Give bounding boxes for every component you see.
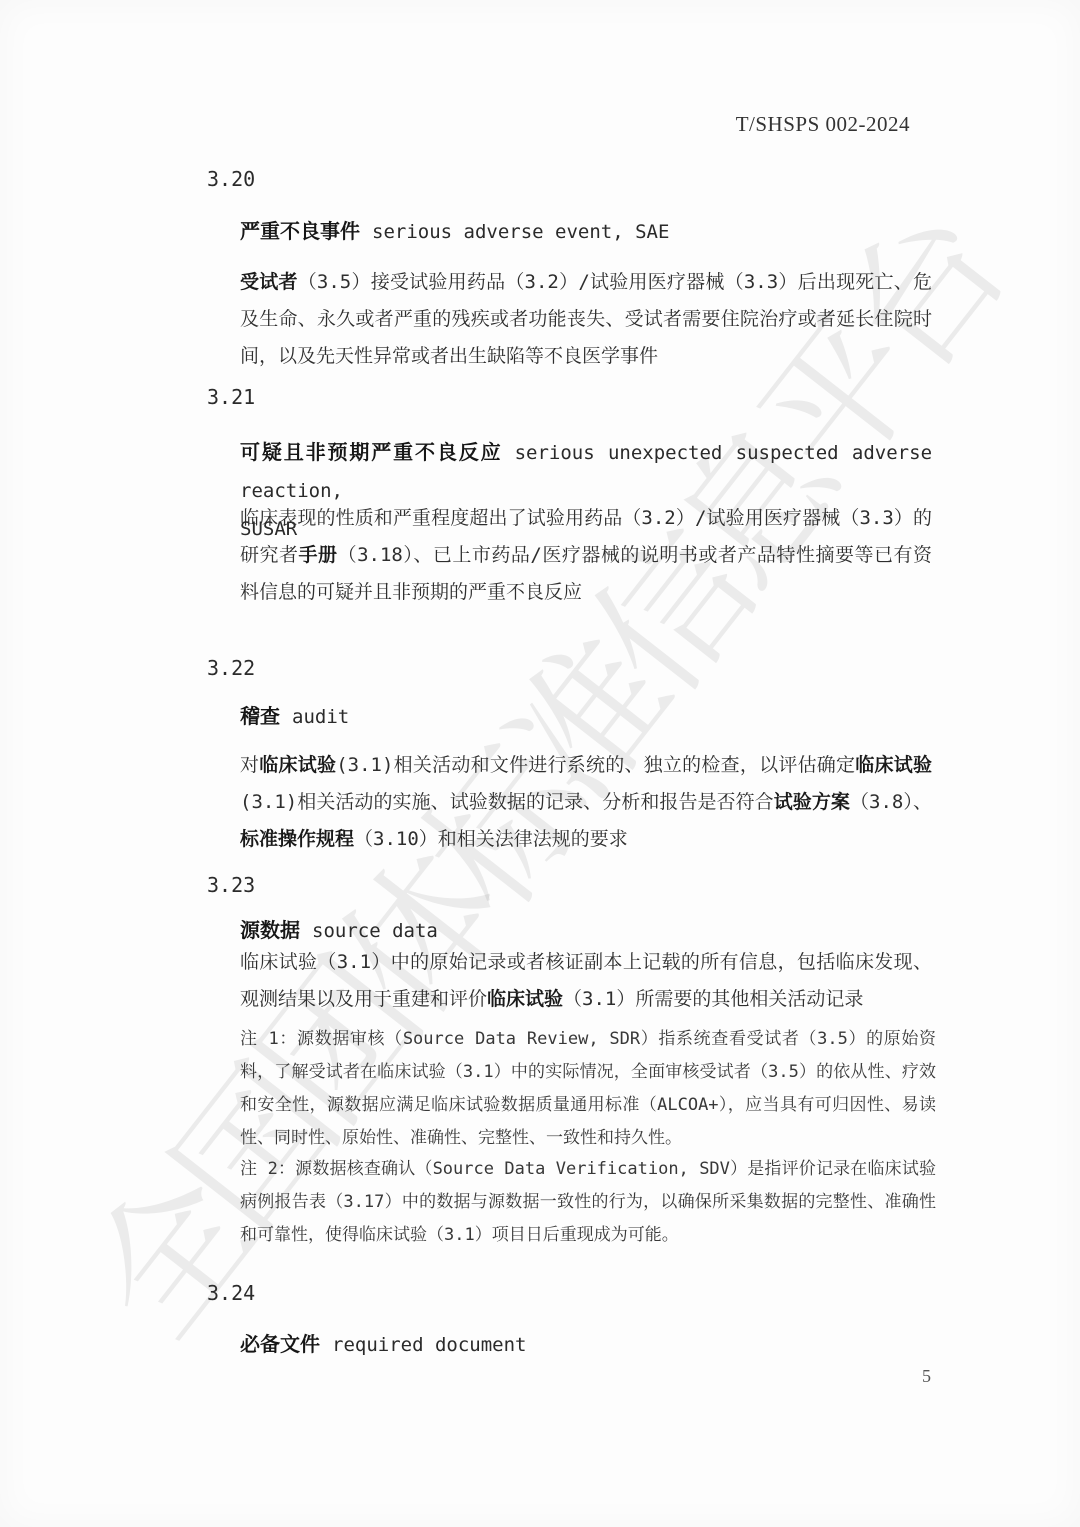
definition-text: （3.10）和相关法律法规的要求 [354, 828, 628, 850]
document-page: 全国团体标准信息平台 T/SHSPS 002-2024 3.20严重不良事件se… [0, 0, 1080, 1527]
term-english: required document [332, 1334, 526, 1356]
clause-number: 3.21 [207, 384, 255, 410]
definition-text: （3.1）所需要的其他相关活动记录 [563, 988, 863, 1010]
term-heading: 严重不良事件serious adverse event, SAE [240, 213, 932, 251]
bold-term-reference: 受试者 [240, 271, 298, 293]
note-paragraph: 注 1：源数据审核（Source Data Review, SDR）指系统查看受… [240, 1023, 936, 1155]
bold-term-reference: 标准操作规程 [240, 828, 354, 850]
term-chinese: 必备文件 [240, 1332, 320, 1356]
clause-number: 3.22 [207, 655, 255, 681]
term-chinese: 稽查 [240, 704, 280, 728]
term-english: audit [292, 706, 349, 728]
document-header: T/SHSPS 002-2024 [736, 112, 910, 137]
bold-term-reference: 临床试验 [855, 754, 932, 776]
term-chinese: 可疑且非预期严重不良反应 [240, 440, 503, 464]
page-number: 5 [922, 1366, 931, 1387]
term-heading: 必备文件required document [240, 1326, 932, 1364]
definition-paragraph: 受试者（3.5）接受试验用药品（3.2）/试验用医疗器械（3.3）后出现死亡、危… [240, 264, 932, 375]
clause-number: 3.24 [207, 1280, 255, 1306]
definition-text: （3.5）接受试验用药品（3.2）/试验用医疗器械（3.3）后出现死亡、危及生命… [240, 271, 932, 367]
definition-text: (3.1)相关活动和文件进行系统的、独立的检查，以评估确定 [336, 754, 855, 776]
note-paragraph: 注 2：源数据核查确认（Source Data Verification, SD… [240, 1153, 936, 1252]
definition-text: 对 [240, 754, 259, 776]
term-english: source data [312, 920, 438, 942]
definition-text: （3.18）、已上市药品/医疗器械的说明书或者产品特性摘要等已有资料信息的可疑并… [240, 544, 932, 603]
clause-number: 3.20 [207, 166, 255, 192]
clause-number: 3.23 [207, 872, 255, 898]
definition-paragraph: 临床表现的性质和严重程度超出了试验用药品（3.2）/试验用医疗器械（3.3）的研… [240, 500, 932, 611]
term-english: serious adverse event, SAE [372, 221, 669, 243]
definition-paragraph: 临床试验（3.1）中的原始记录或者核证副本上记载的所有信息，包括临床发现、观测结… [240, 944, 932, 1018]
term-chinese: 严重不良事件 [240, 219, 360, 243]
bold-term-reference: 临床试验 [259, 754, 336, 776]
bold-term-reference: 试验方案 [774, 791, 850, 813]
term-chinese: 源数据 [240, 918, 300, 942]
definition-text: （3.8）、 [850, 791, 932, 813]
bold-term-reference: 临床试验 [487, 988, 563, 1010]
definition-text: (3.1)相关活动的实施、试验数据的记录、分析和报告是否符合 [240, 791, 774, 813]
term-heading: 稽查audit [240, 698, 932, 736]
definition-paragraph: 对临床试验(3.1)相关活动和文件进行系统的、独立的检查，以评估确定临床试验(3… [240, 747, 932, 858]
bold-term-reference: 手册 [299, 544, 338, 566]
